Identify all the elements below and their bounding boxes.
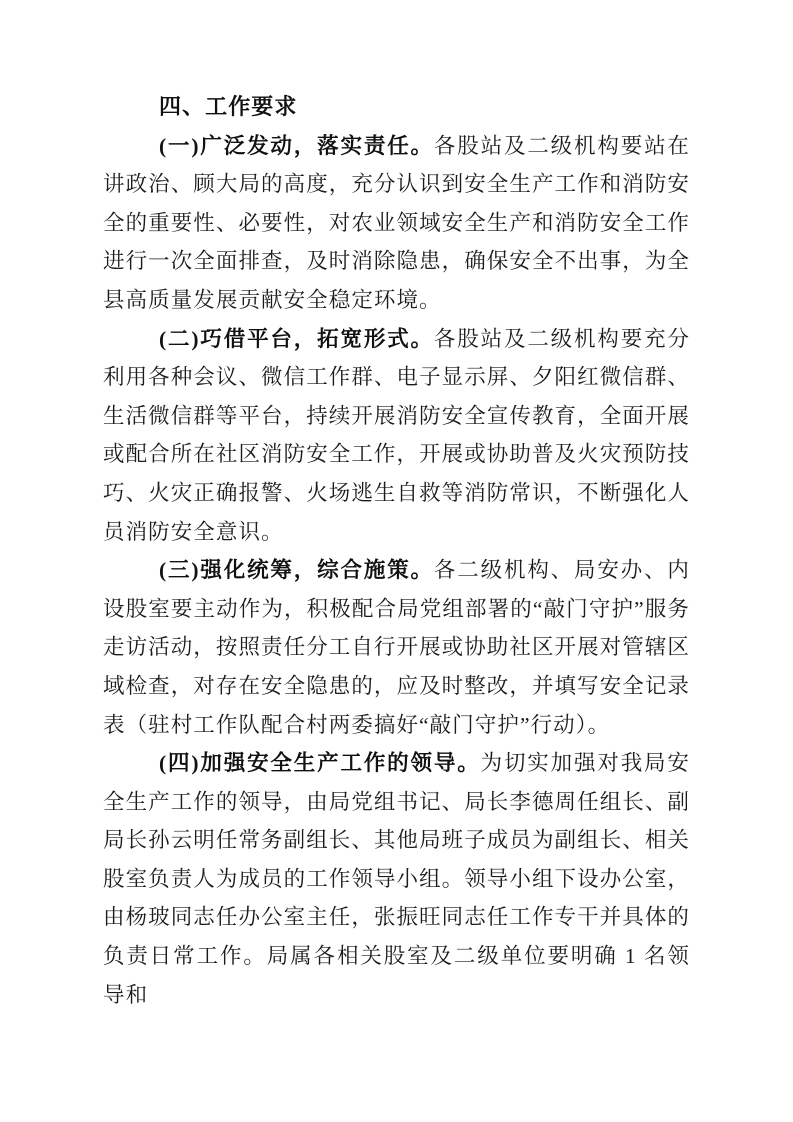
paragraph-1-body: 各股站及二级机构要站在讲政治、顾大局的高度，充分认识到安全生产工作和消防安全的重… — [103, 134, 690, 312]
paragraph-4-lead: (四)加强安全生产工作的领导。 — [159, 751, 481, 775]
paragraph-3-body: 各二级机构、局安办、内设股室要主动作为，积极配合局党组部署的“敲门守护”服务走访… — [103, 558, 690, 736]
document-page: 四、工作要求 (一)广泛发动，落实责任。各股站及二级机构要站在讲政治、顾大局的高… — [0, 0, 793, 1122]
paragraph-2-lead: (二)巧借平台，拓宽形式。 — [159, 327, 434, 351]
paragraph-3: (三)强化统筹，综合施策。各二级机构、局安办、内设股室要主动作为，积极配合局党组… — [103, 551, 690, 744]
paragraph-4: (四)加强安全生产工作的领导。为切实加强对我局安全生产工作的领导，由局党组书记、… — [103, 744, 690, 1014]
paragraph-3-lead: (三)强化统筹，综合施策。 — [159, 558, 434, 582]
section-heading: 四、工作要求 — [103, 88, 690, 127]
paragraph-1: (一)广泛发动，落实责任。各股站及二级机构要站在讲政治、顾大局的高度，充分认识到… — [103, 127, 690, 320]
paragraph-4-body: 为切实加强对我局安全生产工作的领导，由局党组书记、局长李德周任组长、副局长孙云明… — [103, 751, 690, 1007]
paragraph-1-lead: (一)广泛发动，落实责任。 — [159, 134, 434, 158]
document-body: 四、工作要求 (一)广泛发动，落实责任。各股站及二级机构要站在讲政治、顾大局的高… — [103, 88, 690, 1014]
paragraph-2-body: 各股站及二级机构要充分利用各种会议、微信工作群、电子显示屏、夕阳红微信群、生活微… — [103, 327, 690, 544]
paragraph-2: (二)巧借平台，拓宽形式。各股站及二级机构要充分利用各种会议、微信工作群、电子显… — [103, 320, 690, 552]
